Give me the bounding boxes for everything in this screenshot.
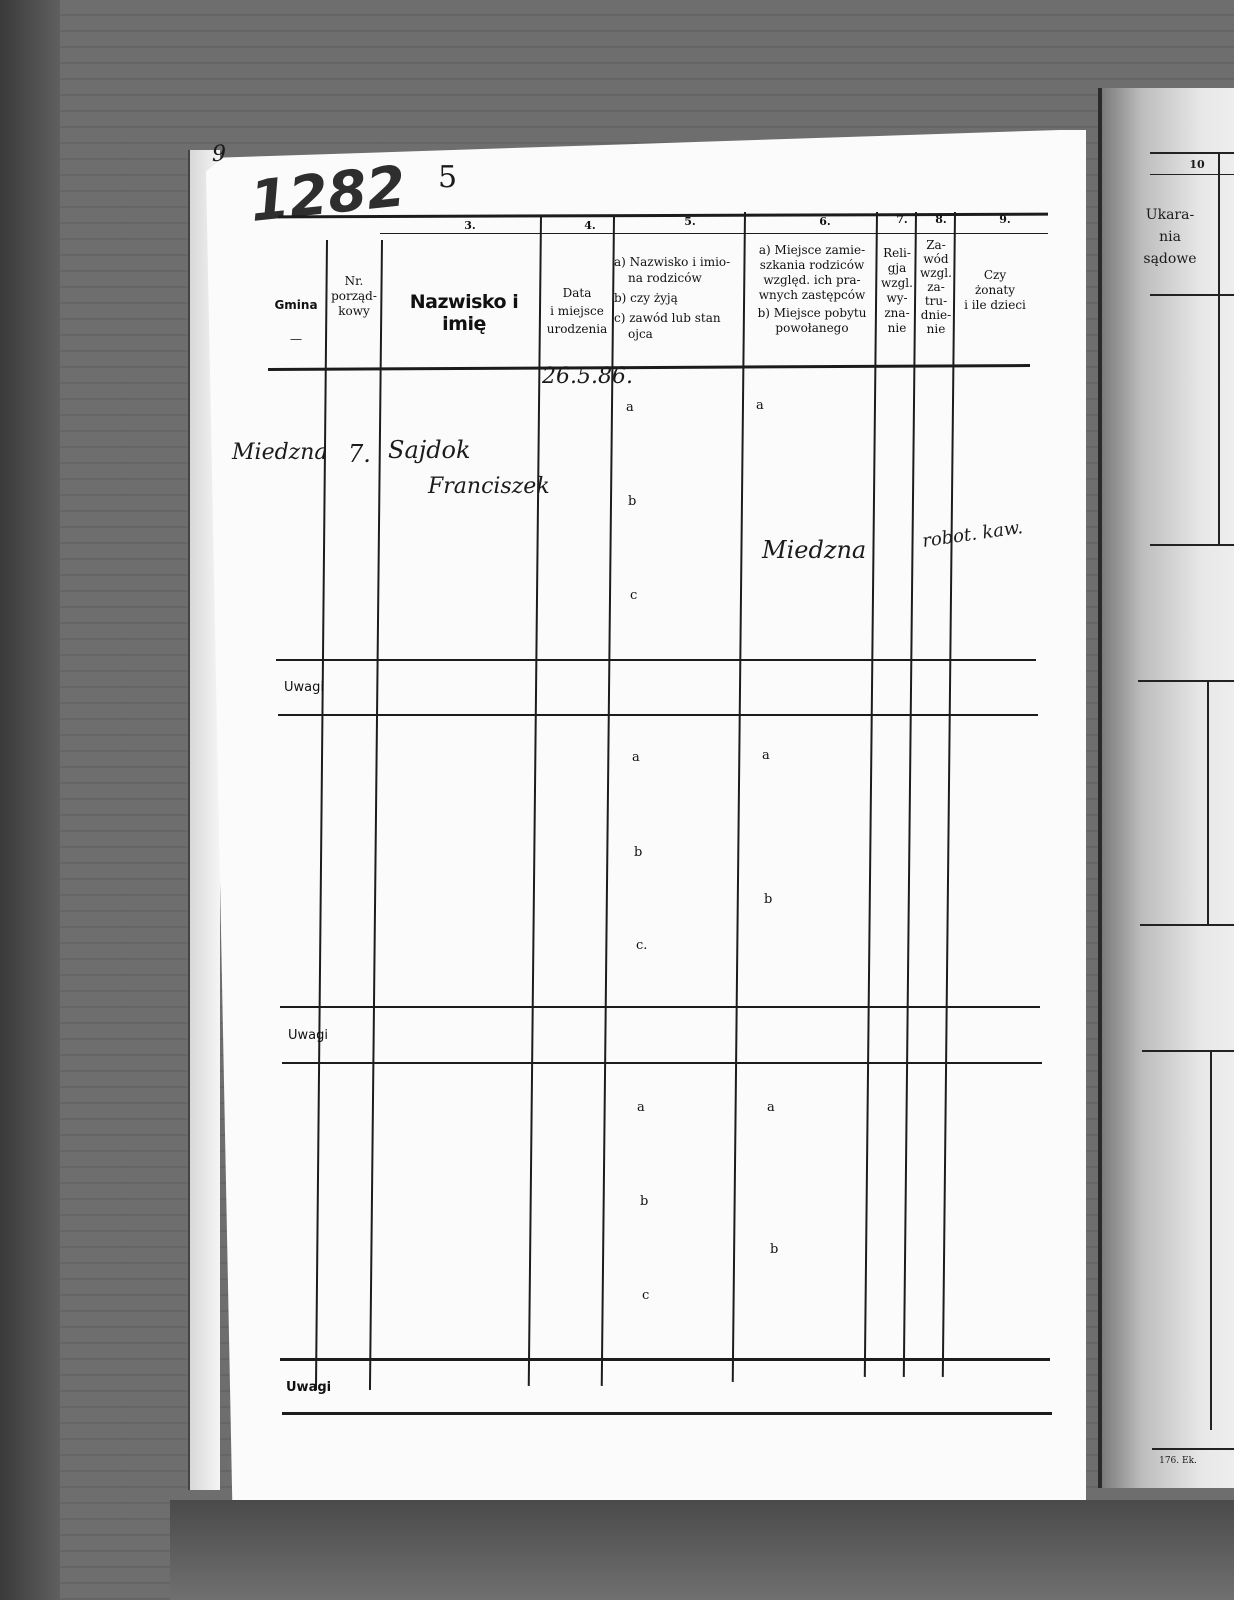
column-number-10: 10 [1152,154,1234,176]
rule [1218,294,1220,544]
rule [1150,544,1234,546]
rule [1142,1050,1234,1052]
uwagi-top-rule [276,659,1036,661]
record-given-name: Franciszek [428,474,550,499]
header-number-rule [380,233,1048,234]
subfield-b-label: b [628,494,636,509]
record-surname: Sajdok [388,436,471,464]
column-number: 4. [560,219,620,232]
header-gmina-dash: — [266,332,326,347]
uwagi-label: Uwagi [286,1380,331,1395]
subfield-a-label: a [632,750,640,765]
column-label-ukarania: Ukara- nia sądowe [1120,204,1220,270]
record-number: 7. [348,440,371,468]
right-facing-page: 10 Ukara- nia sądowe 176. Ek. [1098,88,1234,1488]
column-number: 8. [926,213,956,226]
header-rodzice: a) Nazwisko i imio- na rodziców b) czy ż… [614,254,746,342]
subfield-c-label: c [642,1288,649,1303]
scan-background-left [0,0,60,1600]
uwagi-top-rule [280,1006,1040,1008]
record-birth-date: 26.5.86. [542,364,633,389]
subfield-c-label: c. [636,938,647,953]
rule [1150,294,1234,296]
column-number: 6. [795,215,855,228]
subfield-b-label: b [764,892,772,907]
record-residence: Miedzna [762,536,866,564]
header-gmina: Gmina [266,298,326,313]
uwagi-bottom-rule [282,1062,1042,1064]
scan-background-bottom [170,1500,1234,1600]
subfield-a-label: a [626,400,634,415]
subfield-a-label: a [762,748,770,763]
subfield-c-label: c [630,588,637,603]
rule [1140,924,1234,926]
rule [1138,680,1234,682]
header-nazwisko-i-imie: Nazwisko i imię [386,291,542,335]
rule [1150,174,1234,175]
header-nr: Nr. porząd- kowy [326,274,382,319]
column-number: 9. [990,213,1020,226]
column-number: 5. [660,215,720,228]
header-data-urodzenia: Data i miejsce urodzenia [541,284,613,338]
printer-mark: 176. Ek. [1138,1450,1218,1472]
header-religia: Reli- gja wzgl. wy- zna- nie [878,246,916,336]
page-mark: 5 [438,160,457,195]
header-miejsce-zamieszkania: a) Miejsce zamie- szkania rodziców wzglę… [746,243,878,336]
column-number: 7. [887,213,917,226]
subfield-a-label: a [767,1100,775,1115]
subfield-b-label: b [640,1194,648,1209]
header-zawod: Za- wód wzgl. za- tru- dnie- nie [917,238,955,336]
uwagi-label: Uwagi [284,680,324,695]
subfield-a-label: a [756,398,764,413]
uwagi-label: Uwagi [288,1028,328,1043]
rule [1210,1050,1212,1430]
column-number: 3. [440,219,500,232]
subfield-a-label: a [637,1100,645,1115]
header-czy-zonaty: Czy żonaty i ile dzieci [955,268,1035,313]
subfield-b-label: b [634,845,642,860]
uwagi-top-rule [280,1358,1050,1361]
rule [1207,680,1209,924]
uwagi-bottom-rule [282,1412,1052,1415]
uwagi-bottom-rule [278,714,1038,716]
corner-mark: 9 [212,142,226,167]
record-gmina: Miedzna [232,440,328,465]
subfield-b-label: b [770,1242,778,1257]
